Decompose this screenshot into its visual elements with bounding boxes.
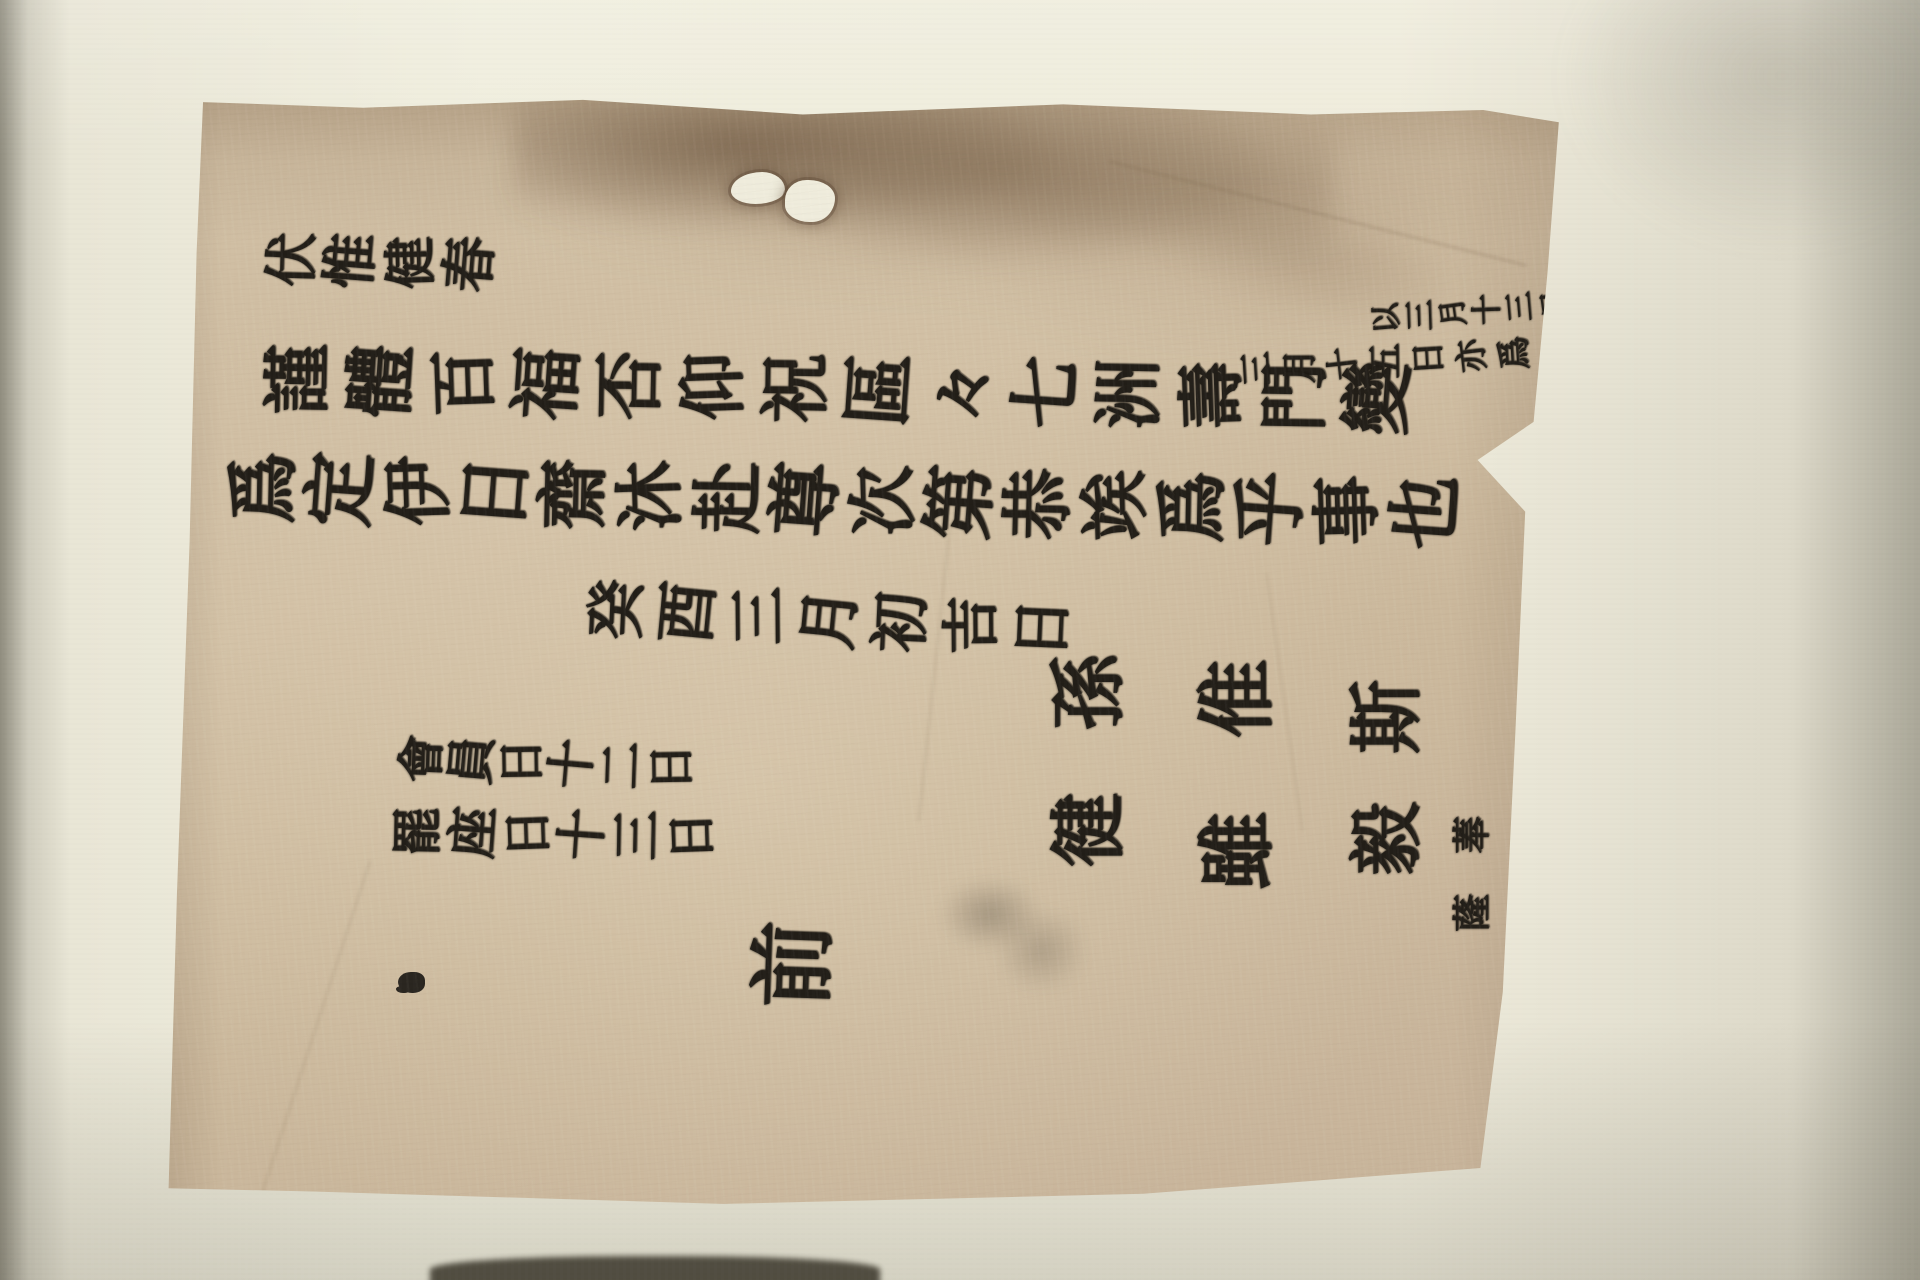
water-stain-wash xyxy=(483,92,1513,372)
calligraphy-character: 日 xyxy=(1012,597,1075,660)
photo-backdrop: 伏惟健春 謹體百福否仰祝區々七洲壽門變 以三月十三日 三月十五日亦爲 爲定伊日齋… xyxy=(0,0,1920,1280)
calligraphy-character: 三 xyxy=(612,810,663,861)
calligraphy-character: 會 xyxy=(397,734,447,784)
calligraphy-character: 三 xyxy=(1405,299,1437,331)
calligraphy-character: 七 xyxy=(1007,354,1085,432)
calligraphy-character: 變 xyxy=(1339,360,1417,438)
calligraphy-character: 仰 xyxy=(678,352,748,422)
torn-hole xyxy=(785,180,835,222)
calligraphy-character: 癸 xyxy=(586,578,649,641)
calligraphy-character: 倠 xyxy=(1199,660,1277,738)
torn-hole xyxy=(731,172,785,204)
calligraphy-character: 月 xyxy=(1438,296,1471,329)
schedule-line-1: 會員日十二日 xyxy=(397,721,697,805)
calligraphy-character: 日 xyxy=(648,744,695,791)
calligraphy-character: 沐 xyxy=(614,460,686,532)
calligraphy-character: 罷 xyxy=(393,806,444,857)
calligraphy-character: 健 xyxy=(384,236,438,290)
calligraphy-character: 福 xyxy=(508,345,586,423)
calligraphy-character: 事 xyxy=(1311,475,1383,547)
calligraphy-character: 孫 xyxy=(1051,654,1127,730)
calligraphy-character: 徤 xyxy=(1051,792,1127,868)
calligraphy-character: 壽 xyxy=(1177,360,1247,430)
calligraphy-character: 十 xyxy=(545,737,599,791)
crease-line xyxy=(257,860,371,1203)
calligraphy-character: 月 xyxy=(1282,348,1318,384)
calligraphy-character: 座 xyxy=(445,805,501,861)
signature-column-3: 斯毅 xyxy=(1326,680,1448,876)
calligraphy-character: 十 xyxy=(1472,293,1504,325)
calligraphy-character: 菶 xyxy=(1453,816,1491,854)
calligraphy-character: 五 xyxy=(1368,343,1404,379)
calligraphy-character: 門 xyxy=(1259,361,1330,432)
calligraphy-character: 區 xyxy=(841,351,919,429)
calligraphy-character: 伊 xyxy=(382,455,454,527)
calligraphy-character: 三 xyxy=(1505,290,1538,323)
ink-dot xyxy=(398,972,425,993)
water-stain-streak xyxy=(1110,141,1496,374)
calligraphy-character: 月 xyxy=(796,585,864,653)
calligraphy-character: 春 xyxy=(440,234,500,294)
calligraphy-character: 日 xyxy=(1411,340,1447,376)
calligraphy-character: 三 xyxy=(730,587,789,646)
letter-paper: 伏惟健春 謹體百福否仰祝區々七洲壽門變 以三月十三日 三月十五日亦爲 爲定伊日齋… xyxy=(163,92,1563,1214)
calligraphy-character: 日 xyxy=(455,453,535,533)
signature-column-1: 孫徤 xyxy=(1033,654,1145,868)
opening-line: 伏惟健春 xyxy=(264,209,499,315)
body-line-1: 謹體百福否仰祝區々七洲壽門變 xyxy=(262,325,1414,453)
calligraphy-character: 以 xyxy=(1371,302,1404,335)
calligraphy-character: 前 xyxy=(750,920,839,1009)
calligraphy-character: 初 xyxy=(870,591,933,654)
calligraphy-character: 日 xyxy=(498,738,545,785)
signature-column-2: 倠雖 xyxy=(1181,660,1295,890)
signature-extra: 菶蕯 xyxy=(1441,816,1503,932)
calligraphy-character: 祝 xyxy=(761,353,832,424)
calligraphy-character: 吉 xyxy=(943,596,1002,655)
crease-line xyxy=(1265,573,1304,831)
calligraphy-character: 雖 xyxy=(1199,812,1277,890)
calligraphy-character: 毅 xyxy=(1350,802,1424,876)
calligraphy-character: 定 xyxy=(300,449,380,529)
calligraphy-character: 亦 xyxy=(1454,337,1491,374)
water-stain xyxy=(513,92,1333,262)
calligraphy-character: 乎 xyxy=(1230,469,1310,549)
recipient-mark: 前 xyxy=(749,908,865,1022)
ink-smudge xyxy=(931,878,1101,998)
calligraphy-character: 體 xyxy=(342,342,420,420)
calligraphy-character: 爲 xyxy=(1497,335,1533,371)
calligraphy-character: 百 xyxy=(429,347,499,417)
calligraphy-character: 惟 xyxy=(321,231,381,291)
calligraphy-character: 洲 xyxy=(1093,358,1164,429)
calligraphy-character: 々 xyxy=(927,356,997,426)
bottom-shadow-sliver xyxy=(430,1256,880,1280)
calligraphy-character: 赴 xyxy=(691,461,764,535)
calligraphy-character: 日 xyxy=(667,811,717,861)
calligraphy-character: 三 xyxy=(1239,351,1275,387)
calligraphy-character: 日 xyxy=(1538,287,1571,320)
calligraphy-character: 恭 xyxy=(1001,467,1074,541)
calligraphy-character: 日 xyxy=(503,808,553,858)
calligraphy-character: 竢 xyxy=(1079,470,1151,542)
calligraphy-character: 齋 xyxy=(536,458,609,532)
schedule-line-2: 罷座日十三日 xyxy=(392,795,717,873)
calligraphy-character: 二 xyxy=(597,741,647,791)
calligraphy-character: 十 xyxy=(1325,345,1362,382)
calligraphy-character: 第 xyxy=(920,462,1000,542)
calligraphy-character: 次 xyxy=(847,465,919,537)
crease-line xyxy=(917,523,951,822)
calligraphy-character: 蕯 xyxy=(1453,894,1491,932)
body-line-2: 爲定伊日齋沐赴尊次第恭竢爲乎事也 xyxy=(226,437,1462,563)
calligraphy-character: 也 xyxy=(1385,472,1465,552)
calligraphy-character: 爲 xyxy=(1156,471,1229,545)
annotation-line-2: 三月十五日亦爲 xyxy=(1239,323,1534,399)
calligraphy-character: 酉 xyxy=(654,579,722,647)
backdrop-shadow xyxy=(1530,0,1920,290)
calligraphy-character: 爲 xyxy=(226,451,299,525)
date-line: 癸酉三月初吉日 xyxy=(585,568,1074,669)
crease-line xyxy=(1109,160,1527,267)
calligraphy-character: 伏 xyxy=(264,232,319,287)
calligraphy-character: 否 xyxy=(595,350,666,421)
calligraphy-character: 斯 xyxy=(1350,680,1424,754)
calligraphy-character: 十 xyxy=(555,807,611,863)
annotation-line-1: 以三月十三日 xyxy=(1370,271,1573,350)
calligraphy-character: 員 xyxy=(445,733,499,787)
calligraphy-character: 謹 xyxy=(262,344,333,415)
calligraphy-character: 尊 xyxy=(765,459,845,539)
